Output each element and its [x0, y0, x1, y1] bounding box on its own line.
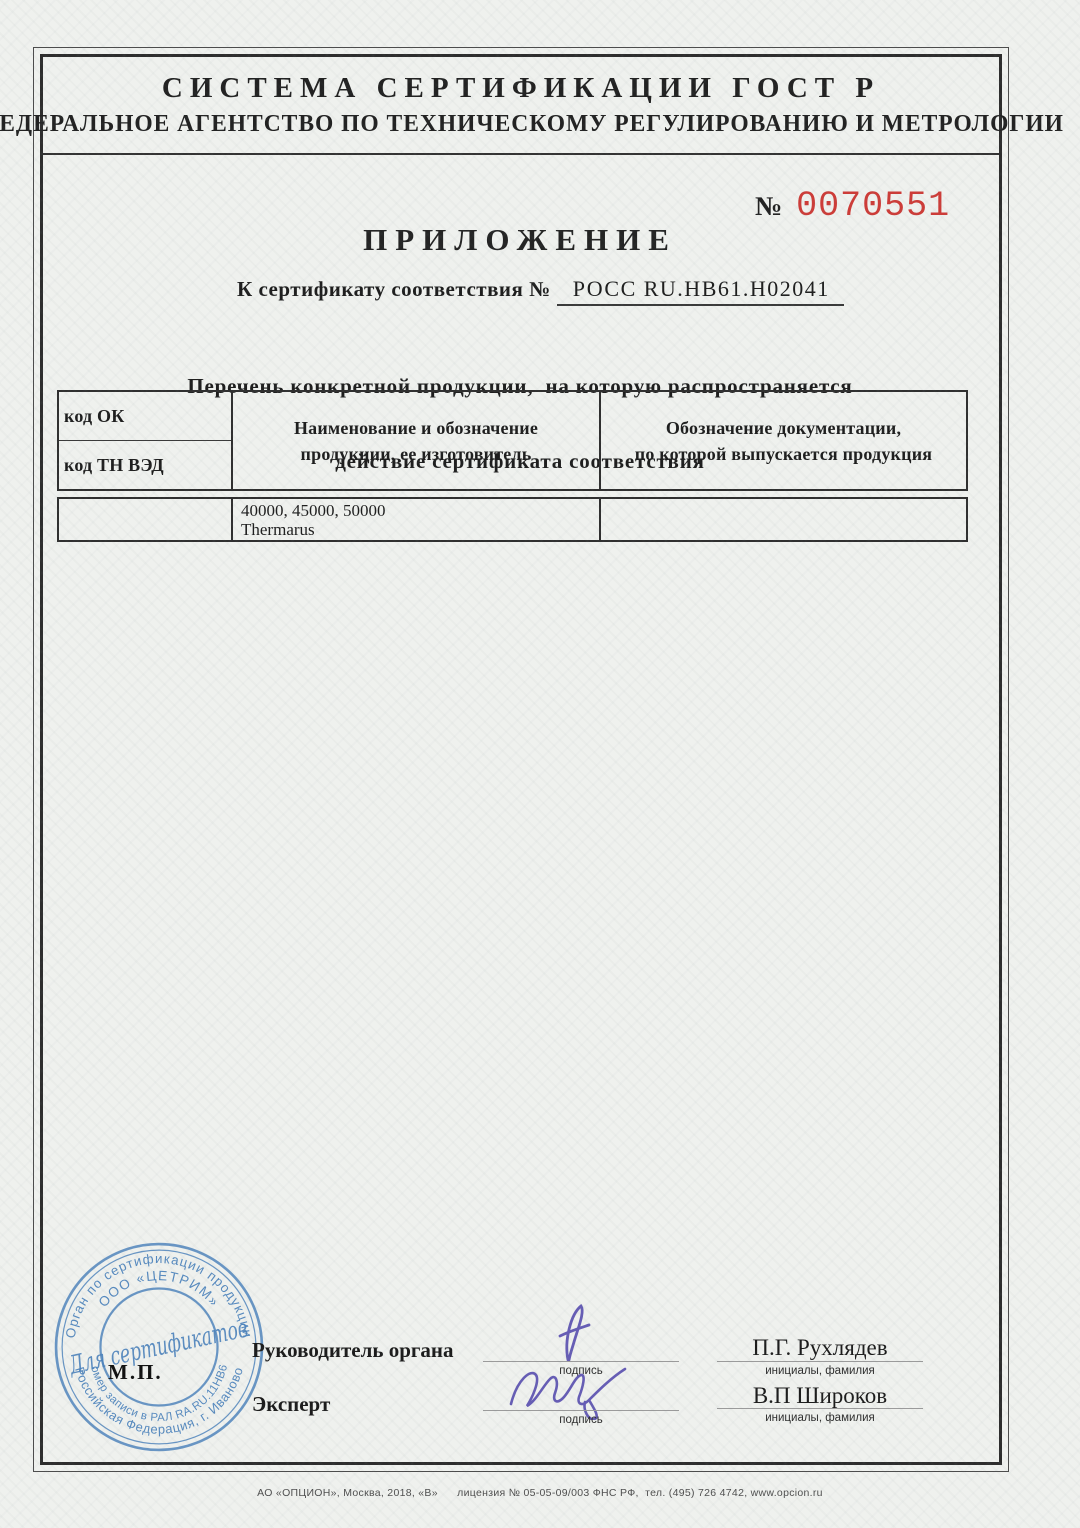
expert-signature-caption: подпись	[483, 1414, 679, 1426]
documentation-header-line-2: по которой выпускается продукция	[635, 441, 932, 467]
head-name-line	[717, 1361, 923, 1362]
document-header: СИСТЕМА СЕРТИФИКАЦИИ ГОСТ Р ФЕДЕРАЛЬНОЕ …	[43, 57, 999, 155]
code-tnved-label: код ТН ВЭД	[64, 452, 164, 478]
head-of-body-label: Руководитель органа	[252, 1338, 454, 1363]
product-codes-value: 40000, 45000, 50000	[241, 501, 599, 520]
expert-label: Эксперт	[252, 1392, 330, 1417]
products-table-header: код ОК код ТН ВЭД Наименование и обознач…	[57, 390, 968, 491]
product-header-line-1: Наименование и обозначение	[294, 415, 538, 441]
head-name: П.Г. Рухлядев	[717, 1335, 923, 1361]
stamp-graphic: Орган по сертификации продукции ООО «ЦЕТ…	[50, 1238, 268, 1456]
system-title: СИСТЕМА СЕРТИФИКАЦИИ ГОСТ Р	[162, 72, 880, 105]
scanned-certificate-page: { "header": { "title1": "СИСТЕМА СЕРТИФИ…	[0, 0, 1080, 1528]
product-brand-value: Thermarus	[241, 520, 599, 539]
head-name-caption: инициалы, фамилия	[717, 1365, 923, 1377]
blank-number-value: 0070551	[796, 186, 950, 226]
expert-name: В.П Широков	[717, 1383, 923, 1409]
documentation-header-line-1: Обозначение документации,	[666, 415, 901, 441]
certificate-reference-label: К сертификату соответствия №	[237, 277, 551, 302]
header-cell-documentation: Обозначение документации, по которой вып…	[599, 392, 966, 489]
expert-name-line	[717, 1408, 923, 1409]
page-title: ПРИЛОЖЕНИЕ	[0, 222, 1040, 258]
code-ok-label: код ОК	[64, 403, 124, 429]
row-cell-product: 40000, 45000, 50000 Thermarus	[231, 499, 599, 540]
row-cell-codes	[59, 499, 231, 540]
mp-seal-placeholder: М.П.	[108, 1360, 163, 1385]
certificate-number: РОСС RU.НВ61.Н02041	[557, 276, 844, 306]
certificate-reference: К сертификату соответствия № РОСС RU.НВ6…	[237, 276, 844, 306]
certification-body-stamp: Орган по сертификации продукции ООО «ЦЕТ…	[50, 1238, 268, 1456]
print-shop-footer: АО «ОПЦИОН», Москва, 2018, «В» лицензия …	[0, 1487, 1080, 1499]
agency-title: ФЕДЕРАЛЬНОЕ АГЕНТСТВО ПО ТЕХНИЧЕСКОМУ РЕ…	[0, 111, 1064, 138]
product-header-line-2: продукции, ее изготовитель	[301, 441, 532, 467]
expert-name-caption: инициалы, фамилия	[717, 1412, 923, 1424]
row-cell-documentation	[599, 499, 966, 540]
head-signature-ink	[540, 1302, 612, 1369]
header-cell-codes: код ОК код ТН ВЭД	[59, 392, 231, 489]
header-cell-product: Наименование и обозначение продукции, ее…	[231, 392, 599, 489]
blank-number: № 0070551	[755, 186, 950, 226]
products-table-row: 40000, 45000, 50000 Thermarus	[57, 497, 968, 542]
expert-signature-line	[483, 1410, 679, 1411]
number-sign: №	[755, 186, 782, 222]
